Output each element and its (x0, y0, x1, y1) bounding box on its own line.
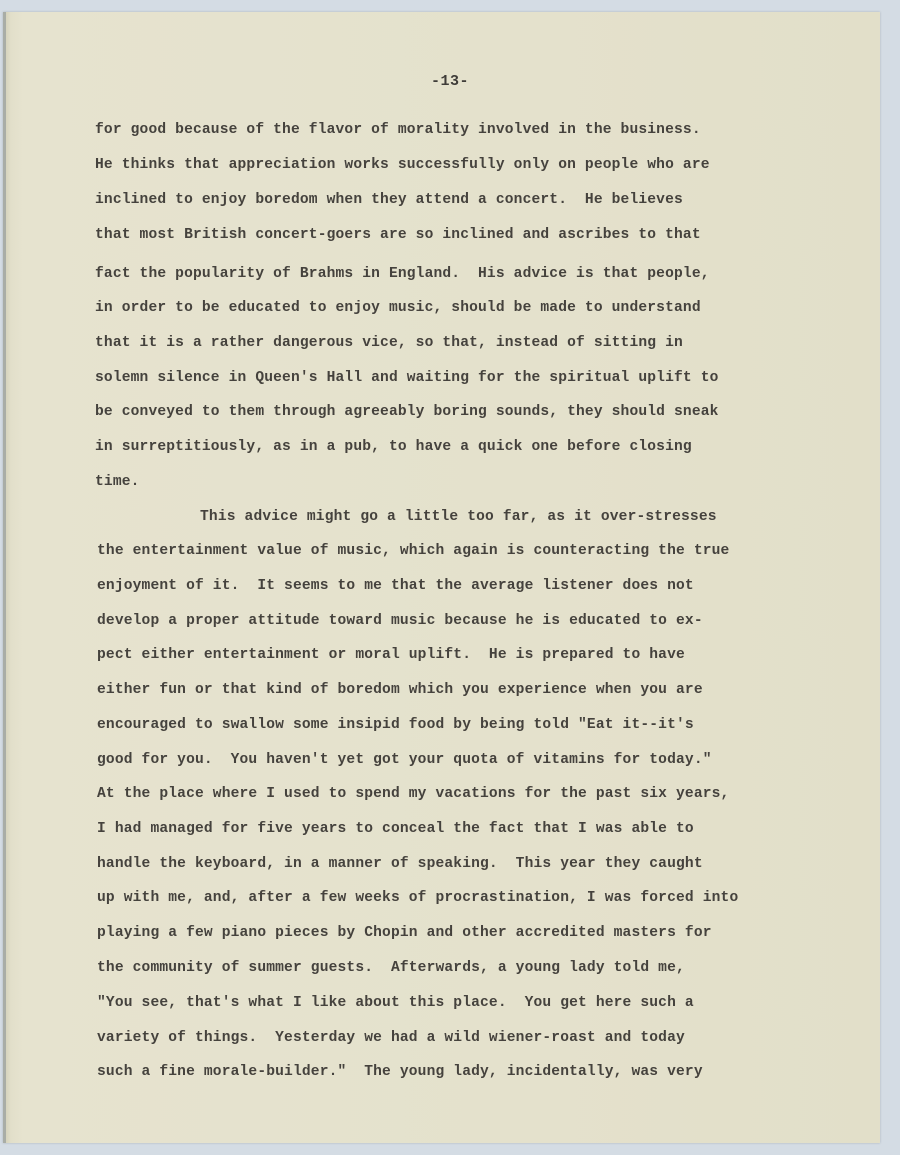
text-line: the entertainment value of music, which … (97, 542, 729, 560)
text-line: encouraged to swallow some insipid food … (97, 716, 694, 734)
text-line: in order to be educated to enjoy music, … (95, 299, 701, 317)
text-line: up with me, and, after a few weeks of pr… (97, 889, 738, 907)
text-line: be conveyed to them through agreeably bo… (95, 403, 719, 421)
text-line: fact the popularity of Brahms in England… (95, 265, 710, 283)
text-line: time. (95, 473, 140, 491)
text-line: variety of things. Yesterday we had a wi… (97, 1029, 685, 1047)
text-line: in surreptitiously, as in a pub, to have… (95, 438, 692, 456)
text-line: playing a few piano pieces by Chopin and… (97, 924, 712, 942)
text-line: that most British concert-goers are so i… (95, 226, 701, 244)
text-line: either fun or that kind of boredom which… (97, 681, 703, 699)
text-line: enjoyment of it. It seems to me that the… (97, 577, 694, 595)
text-line: "You see, that's what I like about this … (97, 994, 694, 1012)
text-line: At the place where I used to spend my va… (97, 785, 729, 803)
text-line: He thinks that appreciation works succes… (95, 156, 710, 174)
text-line: handle the keyboard, in a manner of spea… (97, 855, 703, 873)
text-line: pect either entertainment or moral uplif… (97, 646, 685, 664)
text-line: good for you. You haven't yet got your q… (97, 751, 712, 769)
text-line: I had managed for five years to conceal … (97, 820, 694, 838)
text-line: the community of summer guests. Afterwar… (97, 959, 685, 977)
page-number: -13- (0, 73, 900, 90)
text-line: inclined to enjoy boredom when they atte… (95, 191, 683, 209)
text-line: solemn silence in Queen's Hall and waiti… (95, 369, 719, 387)
text-line: develop a proper attitude toward music b… (97, 612, 703, 630)
text-line: that it is a rather dangerous vice, so t… (95, 334, 683, 352)
text-line: such a fine morale-builder." The young l… (97, 1063, 703, 1081)
text-line: for good because of the flavor of morali… (95, 121, 701, 139)
paragraph-start-line: This advice might go a little too far, a… (200, 508, 717, 526)
